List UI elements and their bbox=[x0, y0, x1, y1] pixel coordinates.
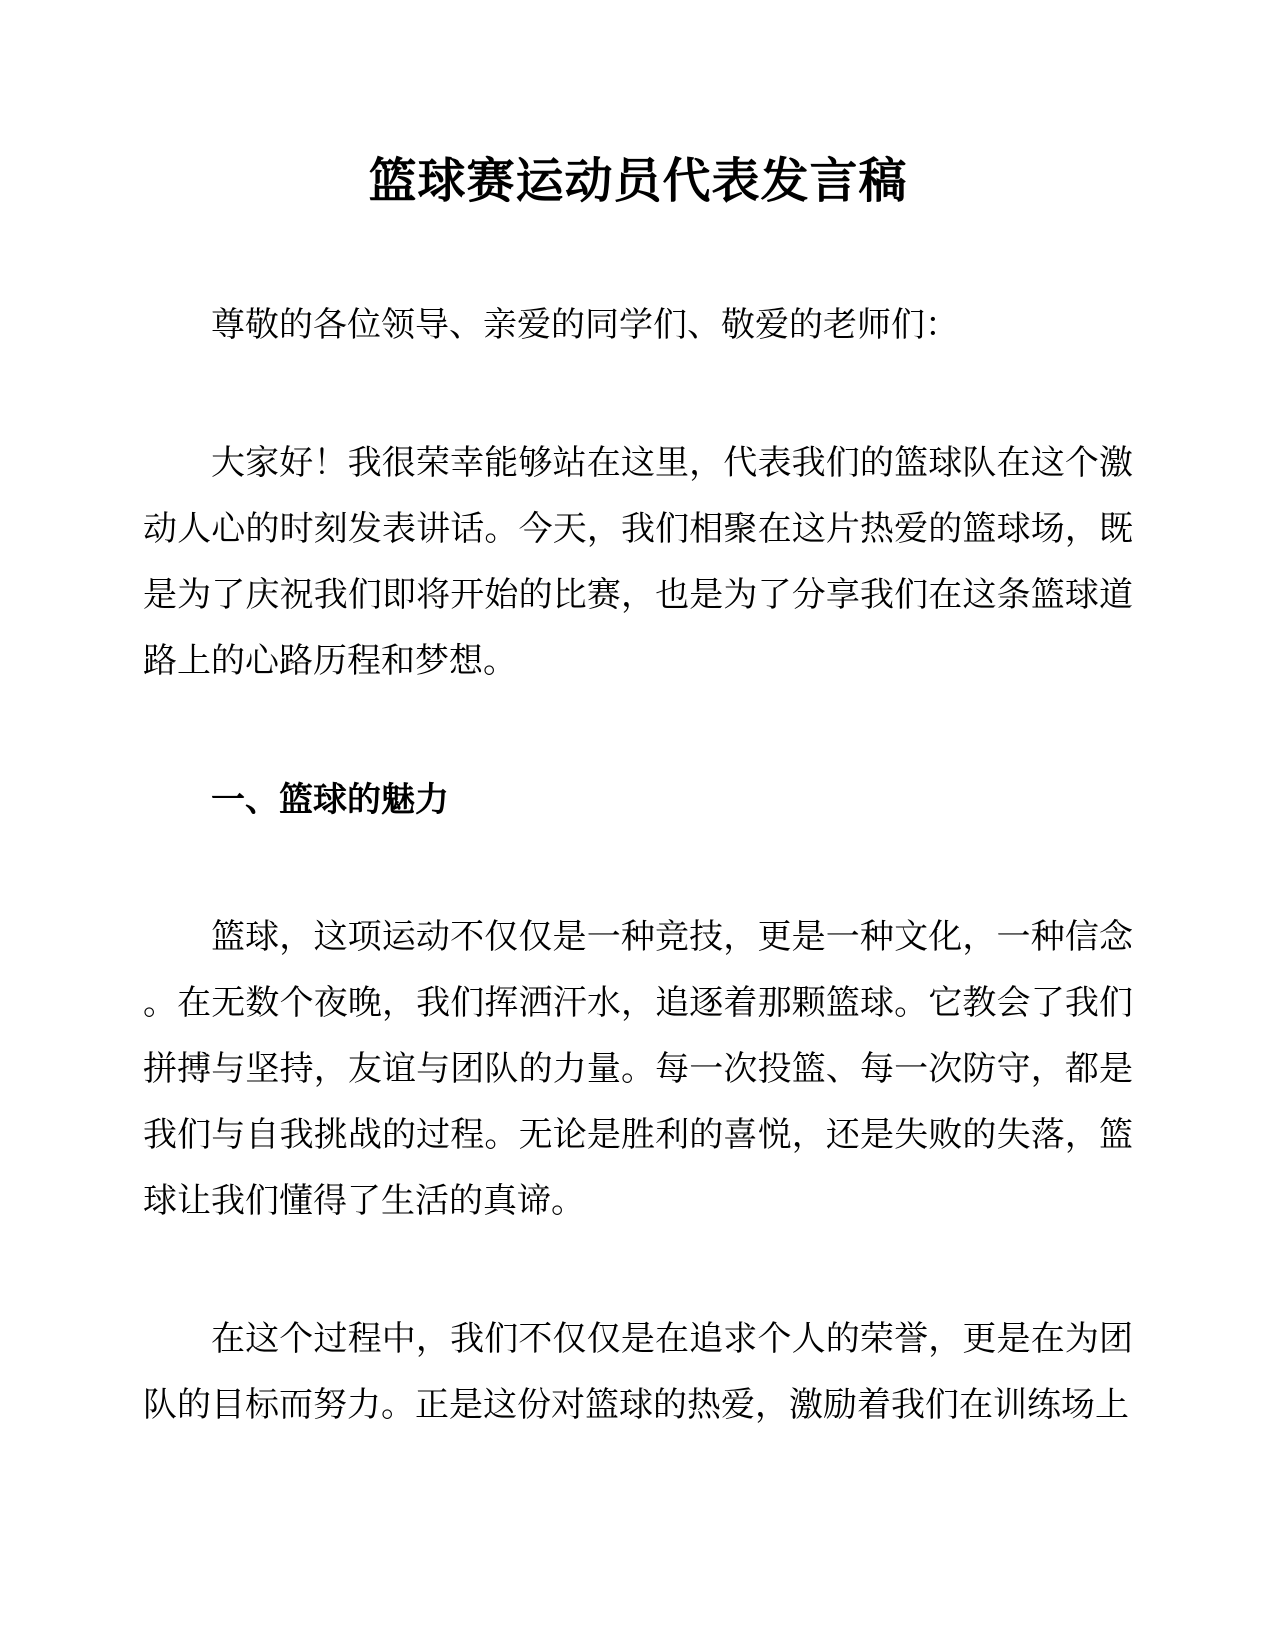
document-page: 篮球赛运动员代表发言稿 尊敬的各位领导、亲爱的同学们、敬爱的老师们： 大家好！我… bbox=[0, 0, 1275, 1650]
section-heading: 一、篮球的魅力 bbox=[143, 767, 1133, 833]
section-paragraph-2: 在这个过程中，我们不仅仅是在追求个人的荣誉，更是在为团队的目标而努力。正是这份对… bbox=[143, 1307, 1133, 1439]
intro-paragraph: 大家好！我很荣幸能够站在这里，代表我们的篮球队在这个激动人心的时刻发表讲话。今天… bbox=[143, 431, 1133, 695]
document-title: 篮球赛运动员代表发言稿 bbox=[143, 152, 1133, 212]
salutation-line: 尊敬的各位领导、亲爱的同学们、敬爱的老师们： bbox=[143, 293, 1133, 359]
section-paragraph-1: 篮球，这项运动不仅仅是一种竞技，更是一种文化，一种信念。在无数个夜晚，我们挥洒汗… bbox=[143, 905, 1133, 1235]
